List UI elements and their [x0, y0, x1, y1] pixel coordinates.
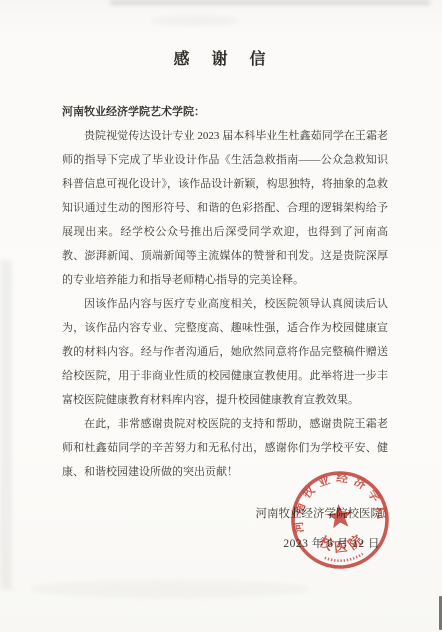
scan-artifact: [0, 260, 12, 590]
signature-org: 河南牧业经济学院校医院: [256, 499, 383, 529]
paragraph-3: 在此，非常感谢贵院对校医院的支持和帮助，感谢贵院王霜老师和杜鑫茹同学的辛苦努力和…: [62, 412, 388, 484]
letter-title: 感 谢 信: [0, 0, 442, 69]
paragraph-2: 因该作品内容与医疗专业高度相关，校医院领导认真阅读后认为，该作品内容专业、完整度…: [62, 292, 388, 412]
signature-date: 2023 年 6 月 12 日: [256, 529, 383, 559]
salutation: 河南牧业经济学院艺术学院：: [62, 100, 388, 124]
signature-block: 河南牧业经济学院校医院 2023 年 6 月 12 日: [256, 499, 383, 559]
scanned-letter-page: 感 谢 信 河南牧业经济学院艺术学院： 贵院视觉传达设计专业 2023 届本科毕…: [0, 0, 442, 632]
paragraph-1: 贵院视觉传达设计专业 2023 届本科毕业生杜鑫茹同学在王霜老师的指导下完成了毕…: [62, 124, 388, 292]
scan-artifact: [30, 580, 310, 598]
letter-body: 河南牧业经济学院艺术学院： 贵院视觉传达设计专业 2023 届本科毕业生杜鑫茹同…: [62, 100, 388, 484]
